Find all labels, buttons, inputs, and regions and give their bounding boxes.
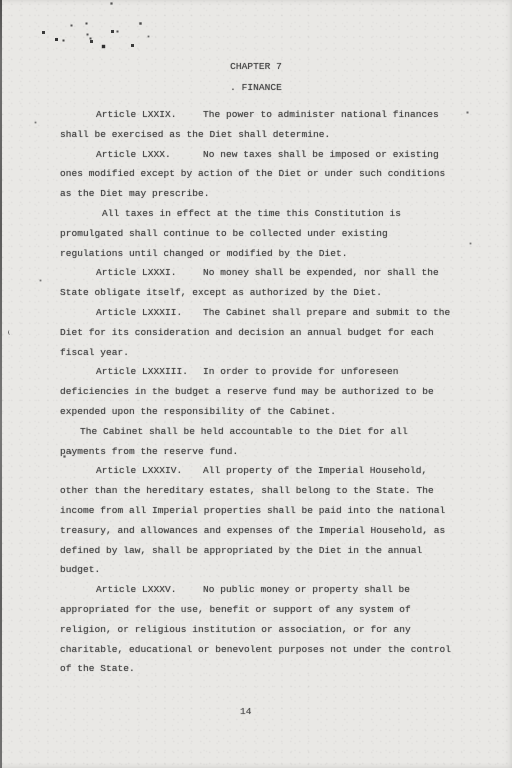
article-label: Article LXXX.: [96, 145, 203, 165]
article-label: Article LXXXV.: [96, 580, 203, 600]
article-text: All taxes in effect at the time this Con…: [60, 208, 401, 259]
article-text: The Cabinet shall be held accountable to…: [60, 426, 408, 457]
articles-body: Article LXXIX.The power to administer na…: [60, 105, 452, 679]
paragraph-all-taxes: All taxes in effect at the time this Con…: [60, 204, 452, 263]
chapter-heading: CHAPTER 7: [60, 56, 452, 77]
scan-artifact-mark: [8, 330, 13, 336]
document-page: CHAPTER 7 . FINANCE Article LXXIX.The po…: [0, 0, 512, 768]
page-number: 14: [240, 706, 251, 717]
article-paragraph-lxxxiv: Article LXXXIV.All property of the Imper…: [60, 461, 452, 580]
scan-edge-left: [0, 0, 2, 768]
article-paragraph-lxxix: Article LXXIX.The power to administer na…: [60, 105, 452, 145]
article-label: Article LXXXI.: [96, 263, 203, 283]
paragraph-cabinet-accountable: The Cabinet shall be held accountable to…: [60, 422, 452, 462]
document-content: CHAPTER 7 . FINANCE Article LXXIX.The po…: [60, 56, 452, 679]
article-label: Article LXXXIV.: [96, 461, 203, 481]
article-paragraph-lxxxv: Article LXXXV.No public money or propert…: [60, 580, 452, 679]
article-paragraph-lxxx: Article LXXX.No new taxes shall be impos…: [60, 145, 452, 204]
article-label: Article LXXXII.: [96, 303, 203, 323]
section-heading: . FINANCE: [60, 77, 452, 98]
article-paragraph-lxxxi: Article LXXXI.No money shall be expended…: [60, 263, 452, 303]
article-label: Article LXXIX.: [96, 105, 203, 125]
scan-speckles: [0, 0, 1, 1]
article-paragraph-lxxxii: Article LXXXII.The Cabinet shall prepare…: [60, 303, 452, 362]
article-text: All property of the Imperial Household, …: [60, 465, 445, 575]
article-label: Article LXXXIII.: [96, 362, 203, 382]
article-paragraph-lxxxiii: Article LXXXIII.In order to provide for …: [60, 362, 452, 421]
